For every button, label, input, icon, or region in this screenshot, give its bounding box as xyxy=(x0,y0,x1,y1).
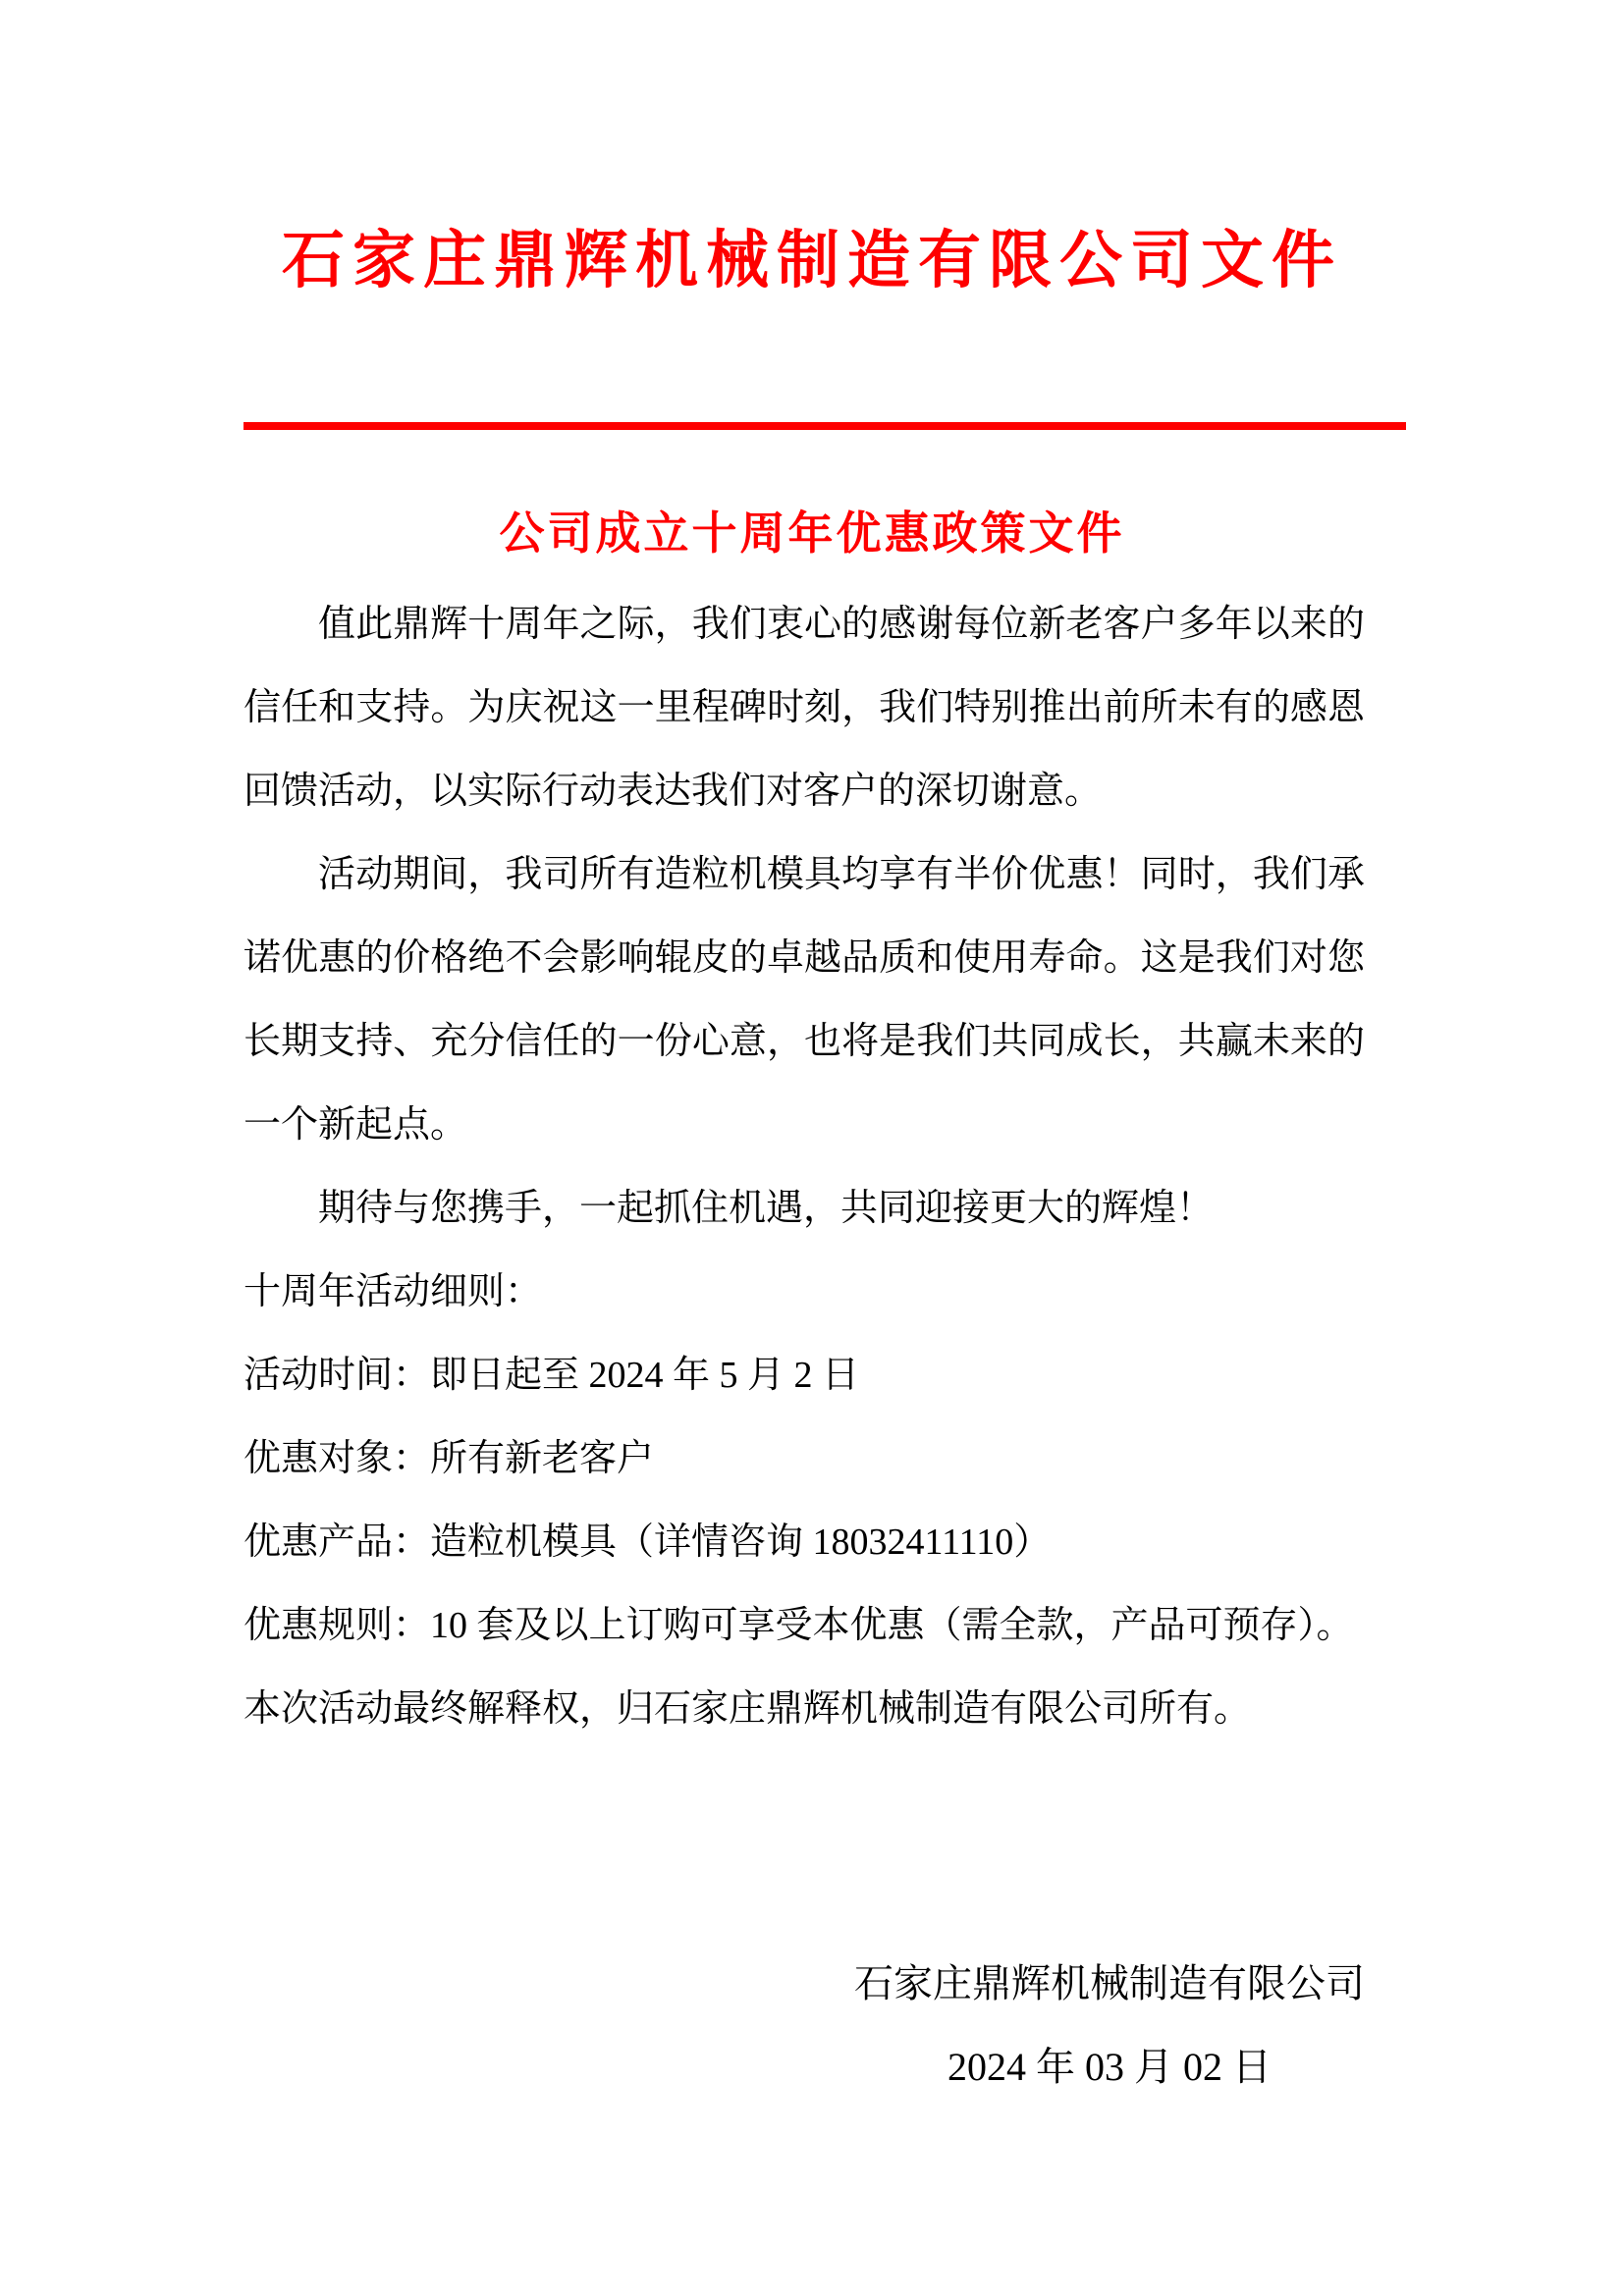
paragraph-outlook: 期待与您携手，一起抓住机遇，共同迎接更大的辉煌！ xyxy=(244,1167,1365,1251)
rights-statement: 本次活动最终解释权，归石家庄鼎辉机械制造有限公司所有。 xyxy=(244,1668,1365,1751)
document-page: 石家庄鼎辉机械制造有限公司文件 公司成立十周年优惠政策文件 值此鼎辉十周年之际，… xyxy=(0,0,1624,2296)
signature-block: 石家庄鼎辉机械制造有限公司 2024 年 03 月 02 日 xyxy=(854,1942,1365,2109)
paragraph-offer: 活动期间，我司所有造粒机模具均享有半价优惠！同时，我们承诺优惠的价格绝不会影响辊… xyxy=(244,833,1365,1167)
rule-discount-terms: 优惠规则：10 套及以上订购可享受本优惠（需全款，产品可预存）。 xyxy=(244,1584,1365,1668)
rule-discount-product: 优惠产品：造粒机模具（详情咨询 18032411110） xyxy=(244,1501,1365,1584)
document-body: 值此鼎辉十周年之际，我们衷心的感谢每位新老客户多年以来的信任和支持。为庆祝这一里… xyxy=(244,583,1365,1751)
rule-activity-time: 活动时间：即日起至 2024 年 5 月 2 日 xyxy=(244,1334,1365,1417)
signature-date: 2024 年 03 月 02 日 xyxy=(854,2025,1365,2109)
letterhead-divider-rule xyxy=(244,422,1406,430)
rules-heading: 十周年活动细则： xyxy=(244,1251,1365,1334)
signature-company-name: 石家庄鼎辉机械制造有限公司 xyxy=(854,1942,1365,2025)
document-subtitle: 公司成立十周年优惠政策文件 xyxy=(0,499,1624,567)
rule-target-customers: 优惠对象：所有新老客户 xyxy=(244,1417,1365,1501)
letterhead-title: 石家庄鼎辉机械制造有限公司文件 xyxy=(0,221,1624,299)
paragraph-intro: 值此鼎辉十周年之际，我们衷心的感谢每位新老客户多年以来的信任和支持。为庆祝这一里… xyxy=(244,583,1365,833)
